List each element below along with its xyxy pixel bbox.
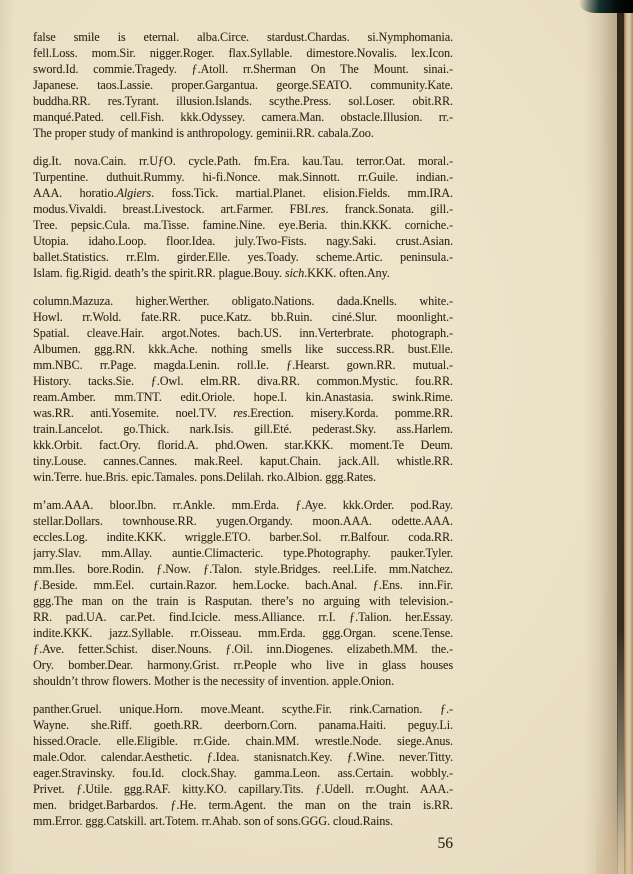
text-line: modus.Vivaldi. breast.Livestock. art.Far… [33,201,453,217]
text-line: panther.Gruel. unique.Horn. move.Meant. … [33,701,453,717]
text-line: male.Odor. calendar.Aesthetic. ƒ.Idea. s… [33,749,453,765]
text-line: Turpentine. duthuit.Rummy. hi-fi.Nonce. … [33,169,453,185]
text-line: Tree. pepsic.Cula. ma.Tisse. famine.Nine… [33,217,453,233]
paragraph: column.Mazuza. higher.Werther. obligato.… [33,293,453,485]
page-fold-line [617,0,624,874]
text-line: fell.Loss. mom.Sir. nigger.Roger. flax.S… [33,45,453,61]
text-line: Albumen. ggg.RN. kkk.Ache. nothing smell… [33,341,453,357]
left-edge-shade [0,0,14,874]
text-block: false smile is eternal. alba.Circe. star… [33,29,453,829]
text-line: mm.NBC. rr.Page. magda.Lenin. roll.Ie. ƒ… [33,357,453,373]
book-page-scan: false smile is eternal. alba.Circe. star… [0,0,633,874]
text-line: column.Mazuza. higher.Werther. obligato.… [33,293,453,309]
text-line: ggg.The man on the train is Rasputan. th… [33,593,453,609]
text-line: Wayne. she.Riff. goeth.RR. deerborn.Corn… [33,717,453,733]
text-line: Japanese. taos.Lassie. proper.Gargantua.… [33,77,453,93]
page-fold-shadow [584,0,618,874]
text-line: train.Lancelot. go.Thick. nark.Isis. gil… [33,421,453,437]
text-line: RR. pad.UA. car.Pet. find.Icicle. mess.A… [33,609,453,625]
text-line: Ory. bomber.Dear. harmony.Grist. rr.Peop… [33,657,453,673]
text-line: ƒ.Ave. fetter.Schist. diser.Nouns. ƒ.Oil… [33,641,453,657]
text-line: buddha.RR. res.Tyrant. illusion.Islands.… [33,93,453,109]
text-line: eccles.Log. indite.KKK. wriggle.ETO. bar… [33,529,453,545]
text-line: History. tacks.Sie. ƒ.Owl. elm.RR. diva.… [33,373,453,389]
text-line: m’am.AAA. bloor.Ibn. rr.Ankle. mm.Erda. … [33,497,453,513]
text-line: tiny.Louse. cannes.Cannes. mak.Reel. kap… [33,453,453,469]
text-line: Spatial. cleave.Hair. argot.Notes. bach.… [33,325,453,341]
text-line: Utopia. idaho.Loop. floor.Idea. july.Two… [33,233,453,249]
text-line: The proper study of mankind is anthropol… [33,125,453,141]
paragraph: false smile is eternal. alba.Circe. star… [33,29,453,141]
text-line: mm.Error. ggg.Catskill. art.Totem. rr.Ah… [33,813,453,829]
edge-bottom-fade [596,794,633,874]
paragraph: dig.It. nova.Cain. rr.UƒO. cycle.Path. f… [33,153,453,281]
text-line: manqué.Pated. cell.Fish. kkk.Odyssey. ca… [33,109,453,125]
text-line: ream.Amber. mm.TNT. edit.Oriole. hope.I.… [33,389,453,405]
text-line: Howl. rr.Wold. fate.RR. puce.Katz. bb.Ru… [33,309,453,325]
page-number: 56 [33,835,453,853]
text-line: indite.KKK. jazz.Syllable. rr.Oisseau. m… [33,625,453,641]
scanner-corner-shadow [579,0,633,13]
text-line: ƒ.Beside. mm.Eel. curtain.Razor. hem.Loc… [33,577,453,593]
paragraph: m’am.AAA. bloor.Ibn. rr.Ankle. mm.Erda. … [33,497,453,689]
paragraph: panther.Gruel. unique.Horn. move.Meant. … [33,701,453,829]
text-line: men. bridget.Barbardos. ƒ.He. term.Agent… [33,797,453,813]
text-line: eager.Stravinsky. fou.Id. clock.Shay. ga… [33,765,453,781]
text-line: false smile is eternal. alba.Circe. star… [33,29,453,45]
text-line: ballet.Statistics. rr.Elm. girder.Elle. … [33,249,453,265]
text-line: hissed.Oracle. elle.Eligible. rr.Gide. c… [33,733,453,749]
adjacent-page-edge [624,0,633,874]
text-line: kkk.Orbit. fact.Ory. florid.A. phd.Owen.… [33,437,453,453]
text-line: shouldn’t throw flowers. Mother is the n… [33,673,453,689]
text-line: AAA. horatio.Algiers. foss.Tick. martial… [33,185,453,201]
text-line: win.Terre. hue.Bris. epic.Tamales. pons.… [33,469,453,485]
text-line: Islam. fig.Rigid. death’s the spirit.RR.… [33,265,453,281]
text-line: dig.It. nova.Cain. rr.UƒO. cycle.Path. f… [33,153,453,169]
text-line: mm.Iles. bore.Rodin. ƒ.Now. ƒ.Talon. sty… [33,561,453,577]
text-line: stellar.Dollars. townhouse.RR. yugen.Org… [33,513,453,529]
text-line: was.RR. anti.Yosemite. noel.TV. res.Erec… [33,405,453,421]
text-line: jarry.Slav. mm.Allay. auntie.Climacteric… [33,545,453,561]
text-line: Privet. ƒ.Utile. ggg.RAF. kitty.KO. capi… [33,781,453,797]
text-line: sword.Id. commie.Tragedy. ƒ.Atoll. rr.Sh… [33,61,453,77]
